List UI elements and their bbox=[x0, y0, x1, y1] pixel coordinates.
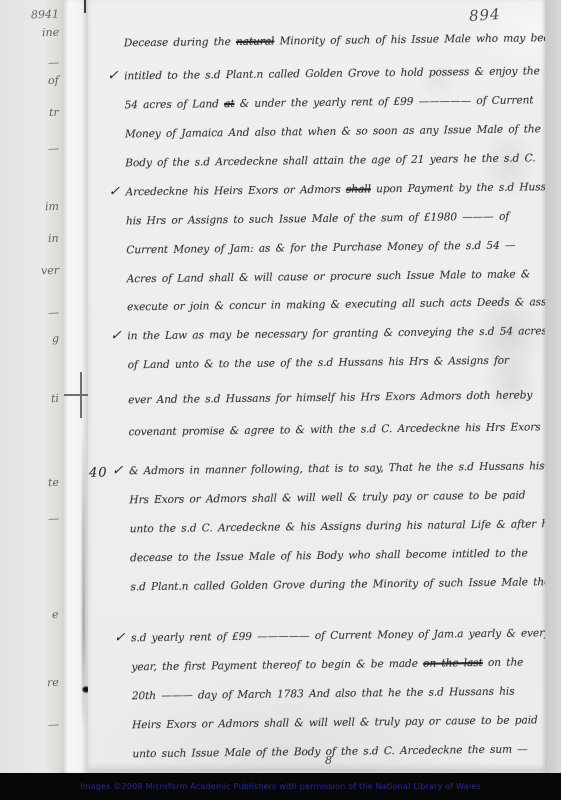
line-text: ever And the s.d Hussans for himself his… bbox=[128, 389, 532, 406]
check-mark: ✓ bbox=[109, 328, 124, 343]
manuscript-line: 54 acres of Land at & under the yearly r… bbox=[124, 94, 542, 111]
microfilm-scan: 8941ine—oftr—iminver—gtite—ere— 894 Dece… bbox=[0, 0, 561, 800]
copyright-text: Images ©2008 Microform Academic Publishe… bbox=[80, 782, 481, 791]
struck-text: on the last bbox=[423, 657, 483, 670]
facing-text-fragment: — bbox=[48, 306, 59, 319]
manuscript-line: 20th ——— day of March 1783 And also that… bbox=[132, 685, 550, 702]
manuscript-line: year, the first Payment thereof to begin… bbox=[131, 656, 549, 673]
quire-mark: 8 bbox=[325, 754, 332, 767]
line-text: of Land unto & to the use of the s.d Hus… bbox=[128, 355, 509, 372]
margin-number: 40 bbox=[89, 466, 108, 481]
line-text: year, the first Payment thereof to begin… bbox=[131, 658, 423, 674]
manuscript-line: covenant promise & agree to & with the s… bbox=[128, 421, 546, 438]
copyright-bar: Images ©2008 Microform Academic Publishe… bbox=[0, 773, 561, 800]
manuscript-line: Hrs Exors or Admors shall & will well & … bbox=[129, 489, 547, 506]
manuscript-line: Decease during the natural Minority of s… bbox=[124, 32, 542, 49]
line-text: & under the yearly rent of £99 ————— of … bbox=[234, 94, 533, 110]
line-text: Current Money of Jam: as & for the Purch… bbox=[126, 240, 515, 257]
struck-text: natural bbox=[236, 35, 274, 47]
manuscript-line: ✓in the Law as may be necessary for gran… bbox=[127, 325, 545, 342]
line-text: Decease during the bbox=[124, 36, 236, 49]
facing-text-fragment: im bbox=[45, 200, 59, 213]
facing-text-fragment: ver bbox=[41, 264, 59, 278]
line-text: Arcedeckne his Heirs Exors or Admors bbox=[126, 184, 346, 199]
manuscript-line: Money of Jamaica And also that when & so… bbox=[125, 123, 543, 140]
facing-text-fragment: 8941 bbox=[31, 8, 59, 22]
facing-text-fragment: — bbox=[48, 142, 59, 155]
manuscript-line: ✓s.d yearly rent of £99 ————— of Current… bbox=[131, 627, 549, 644]
line-text: Acres of Land shall & will cause or proc… bbox=[127, 268, 531, 285]
line-text: unto the s.d C. Arcedeckne & his Assigns… bbox=[130, 518, 557, 535]
manuscript-line: unto such Issue Male of the Body of the … bbox=[132, 743, 550, 760]
line-text: Money of Jamaica And also that when & so… bbox=[125, 123, 541, 140]
line-text: in the Law as may be necessary for grant… bbox=[127, 325, 561, 342]
manuscript-line: ✓intitled to the s.d Plant.n called Gold… bbox=[124, 65, 542, 82]
facing-text-fragment: e bbox=[52, 608, 59, 621]
facing-text-fragment: of bbox=[48, 74, 59, 87]
facing-text-fragment: re bbox=[47, 676, 59, 689]
line-text: execute or join & concur in making & exe… bbox=[127, 296, 561, 314]
facing-text-fragment: ti bbox=[51, 392, 59, 405]
handwritten-text-block: Decease during the natural Minority of s… bbox=[83, 0, 549, 774]
scan-background-right bbox=[545, 0, 561, 773]
facing-page-edge: 8941ine—oftr—iminver—gtite—ere— bbox=[0, 0, 62, 773]
manuscript-line: ✓Arcedeckne his Heirs Exors or Admors sh… bbox=[126, 181, 544, 198]
manuscript-line: Current Money of Jam: as & for the Purch… bbox=[126, 239, 544, 256]
facing-text-fragment: te bbox=[48, 476, 59, 489]
facing-text-fragment: tr bbox=[49, 106, 59, 119]
line-text: s.d Plant.n called Golden Grove during t… bbox=[130, 576, 550, 593]
manuscript-line: his Hrs or Assigns to such Issue Male of… bbox=[126, 210, 544, 227]
line-text: covenant promise & agree to & with the s… bbox=[128, 421, 540, 438]
facing-text-fragment: ine bbox=[42, 26, 60, 40]
manuscript-line: Acres of Land shall & will cause or proc… bbox=[127, 268, 545, 285]
line-text: 20th ——— day of March 1783 And also that… bbox=[132, 686, 515, 703]
struck-text: at bbox=[224, 98, 235, 110]
line-text: Body of the s.d Arcedeckne shall attain … bbox=[125, 152, 535, 169]
manuscript-page: 894 Decease during the natural Minority … bbox=[88, 0, 545, 771]
line-text: Minority of such of his Issue Male who m… bbox=[274, 32, 561, 48]
manuscript-line: Body of the s.d Arcedeckne shall attain … bbox=[125, 152, 543, 169]
facing-text-fragment: g bbox=[52, 332, 59, 345]
manuscript-line: ever And the s.d Hussans for himself his… bbox=[128, 389, 546, 406]
manuscript-line: 40✓& Admors in manner following, that is… bbox=[129, 460, 547, 477]
check-mark: ✓ bbox=[106, 68, 121, 83]
line-text: his Hrs or Assigns to such Issue Male of… bbox=[126, 211, 509, 228]
line-text: Hrs Exors or Admors shall & will well & … bbox=[129, 489, 525, 506]
check-mark: ✓ bbox=[107, 184, 122, 199]
check-mark: ✓ bbox=[113, 630, 128, 645]
facing-text-fragment: — bbox=[48, 718, 59, 731]
line-text: s.d yearly rent of £99 ————— of Current … bbox=[131, 627, 550, 644]
line-text: Heirs Exors or Admors shall & will well … bbox=[132, 714, 538, 731]
manuscript-line: of Land unto & to the use of the s.d Hus… bbox=[128, 354, 546, 371]
check-mark: ✓ bbox=[111, 463, 126, 478]
facing-text-fragment: in bbox=[48, 232, 59, 245]
line-text: & Admors in manner following, that is to… bbox=[129, 460, 560, 477]
manuscript-line: Heirs Exors or Admors shall & will well … bbox=[132, 714, 550, 731]
manuscript-line: s.d Plant.n called Golden Grove during t… bbox=[130, 576, 548, 593]
cross-vertical bbox=[80, 372, 82, 418]
manuscript-line: decease to the Issue Male of his Body wh… bbox=[130, 547, 548, 564]
struck-text: shall bbox=[346, 183, 371, 195]
facing-text-fragment: — bbox=[48, 56, 59, 69]
line-text: intitled to the s.d Plant.n called Golde… bbox=[124, 65, 560, 82]
facing-text-fragment: — bbox=[48, 512, 59, 525]
line-text: decease to the Issue Male of his Body wh… bbox=[130, 547, 528, 564]
manuscript-line: unto the s.d C. Arcedeckne & his Assigns… bbox=[130, 518, 548, 535]
line-text: upon Payment by the s.d Hussans bbox=[371, 181, 561, 195]
line-text: 54 acres of Land bbox=[124, 98, 224, 111]
line-text: on the bbox=[483, 656, 524, 668]
manuscript-line: execute or join & concur in making & exe… bbox=[127, 296, 545, 313]
